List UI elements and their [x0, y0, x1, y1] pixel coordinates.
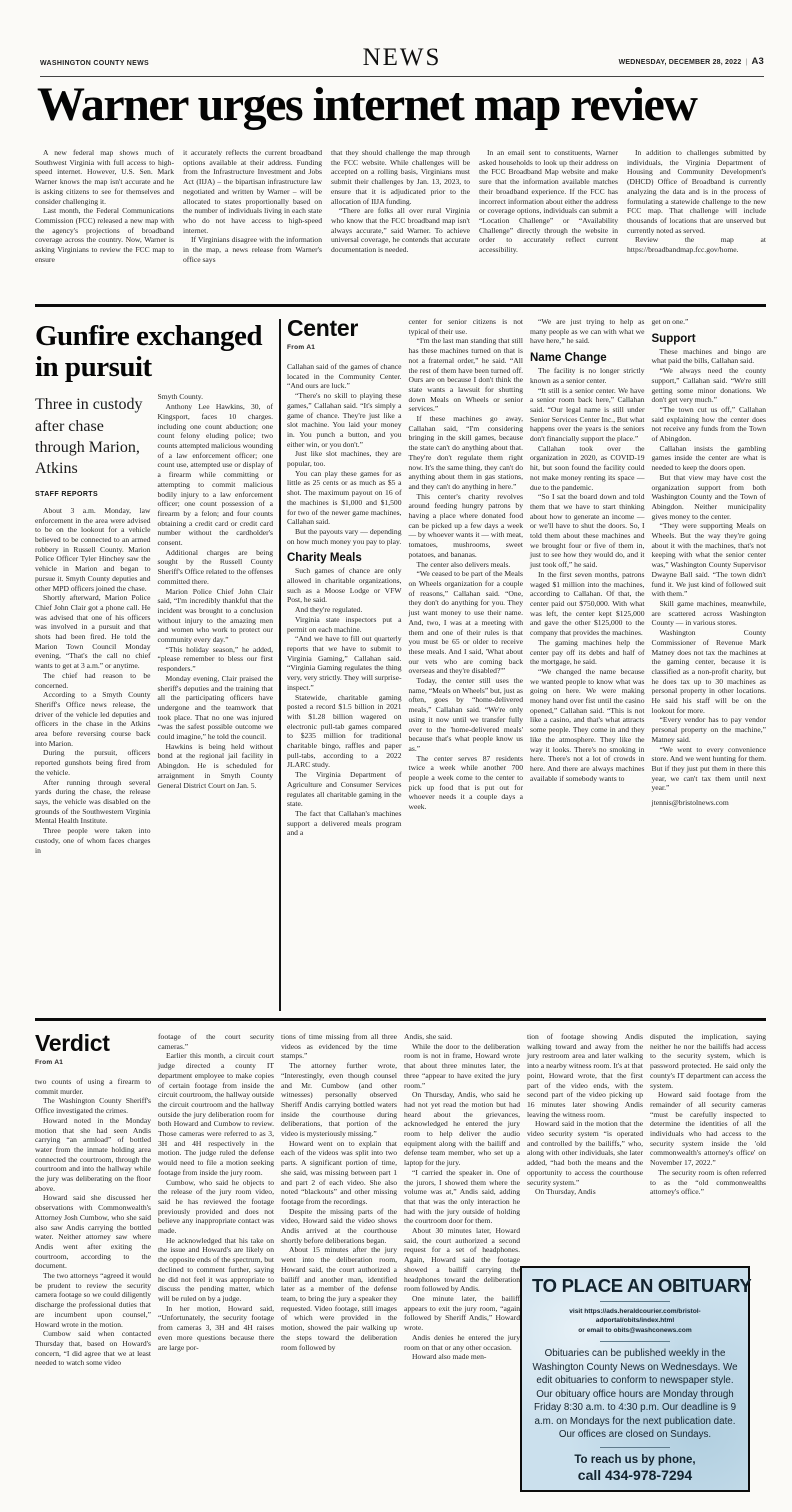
body-paragraph: “So I sat the board down and told them t…	[530, 492, 645, 570]
body-paragraph: About 15 minutes after the jury went int…	[281, 1245, 397, 1352]
body-paragraph: “The town cut us off,” Callahan said exp…	[652, 405, 767, 444]
body-paragraph-continued: center for senior citizens is not typica…	[409, 317, 524, 336]
gunfire-columns: Three in custody after chase through Mar…	[35, 392, 273, 855]
gunfire-headline: Gunfire exchanged in pursuit	[35, 321, 273, 382]
center-column-1-body: Callahan said of the games of chance loc…	[287, 362, 402, 838]
body-paragraph: “This holiday season,” he added, “please…	[158, 645, 274, 674]
body-paragraph: Washington County Commissioner of Revenu…	[652, 628, 767, 715]
body-paragraph: The facility is no longer strictly known…	[530, 366, 645, 385]
column-subhead: Name Change	[530, 352, 645, 364]
lead-column-5: In addition to challenges submitted by i…	[627, 148, 766, 301]
body-paragraph: “And we have to fill out quarterly repor…	[287, 634, 402, 692]
gunfire-column-1: Three in custody after chase through Mar…	[35, 392, 151, 855]
body-paragraph-continued: tion of footage showing Andis walking to…	[527, 1032, 643, 1119]
ad-divider	[600, 1341, 670, 1342]
body-paragraph: In the first seven months, patrons waged…	[530, 570, 645, 638]
body-paragraph: The center serves 87 residents twice a w…	[409, 754, 524, 812]
verdict-column-1: Verdict From A1 two counts of using a fi…	[35, 1032, 151, 1502]
body-paragraph: Last month, the Federal Communications C…	[35, 206, 174, 264]
body-paragraph: The security room is often referred to a…	[650, 1168, 766, 1197]
body-paragraph: Marion Police Chief John Clair said, “I'…	[158, 587, 274, 645]
body-paragraph: The two attorneys “agreed it would be pr…	[35, 1271, 151, 1329]
body-paragraph: About 30 minutes later, Howard said, the…	[404, 1226, 520, 1294]
body-paragraph: “I'm the last man standing that still ha…	[409, 336, 524, 414]
center-column-3: “We are just trying to help as many peop…	[530, 317, 645, 1015]
obituary-ad-url: visit https://ads.heraldcourier.com/bris…	[532, 1307, 738, 1327]
obituary-ad-title: TO PLACE AN OBITUARY	[532, 1277, 738, 1296]
body-paragraph: The Washington County Sheriff's Office i…	[35, 1096, 151, 1115]
center-column-4: get on one.”SupportThese machines and bi…	[652, 317, 767, 1015]
gunfire-byline: STAFF REPORTS	[35, 491, 151, 498]
lead-article: A new federal map shows much of Southwes…	[35, 148, 766, 301]
body-paragraph: “They were supporting Meals on Wheels. B…	[652, 521, 767, 599]
masthead-rule	[40, 76, 764, 77]
body-paragraph: Howard noted in the Monday motion that s…	[35, 1116, 151, 1194]
body-paragraph: Shortly afterward, Marion Police Chief J…	[35, 593, 151, 671]
body-paragraph: This center's charity revolves around fe…	[409, 492, 524, 560]
body-paragraph: “We always need the county support,” Cal…	[652, 366, 767, 405]
body-paragraph: Howard also made men-	[404, 1352, 520, 1362]
center-column-1: Center From A1 Callahan said of the game…	[287, 317, 402, 1015]
body-paragraph: Anthony Lee Hawkins, 30, of Kingsport, f…	[158, 402, 274, 548]
middle-section: Gunfire exchanged in pursuit Three in cu…	[35, 317, 766, 1015]
body-paragraph: Monday evening, Clair praised the sherif…	[158, 674, 274, 742]
verdict-column-4: Andis, she said.While the door to the de…	[404, 1032, 520, 1502]
body-paragraph: Howard said she discussed her observatio…	[35, 1193, 151, 1271]
column-subhead: Charity Meals	[287, 552, 402, 564]
body-paragraph: Despite the missing parts of the video, …	[281, 1207, 397, 1246]
obituary-ad-body: Obituaries can be published weekly in th…	[532, 1347, 738, 1442]
body-paragraph: “We ceased to be part of the Meals on Wh…	[409, 569, 524, 676]
body-paragraph: The attorney further wrote, “Interesting…	[281, 1061, 397, 1139]
body-paragraph: But that view may have cost the organiza…	[652, 473, 767, 522]
body-paragraph: Cumbow said when contacted Thursday that…	[35, 1329, 151, 1368]
body-paragraph: If Virginians disagree with the informat…	[183, 235, 322, 264]
body-paragraph: While the door to the deliberation room …	[404, 1042, 520, 1091]
body-paragraph: Callahan insists the gambling games insi…	[652, 444, 767, 473]
body-paragraph: “I carried the speaker in. One of the ju…	[404, 1168, 520, 1226]
gunfire-article: Gunfire exchanged in pursuit Three in cu…	[35, 317, 273, 1015]
obituary-ad-phone-number: call 434-978-7294	[532, 1467, 738, 1484]
verdict-column-2: footage of the court security cameras.”E…	[158, 1032, 274, 1502]
body-paragraph-continued: Andis, she said.	[404, 1032, 520, 1042]
body-paragraph-continued: Callahan said of the games of chance loc…	[287, 362, 402, 391]
body-paragraph: Just like slot machines, they are popula…	[287, 449, 402, 468]
body-paragraph: The Virginia Department of Agriculture a…	[287, 770, 402, 809]
center-column-2: center for senior citizens is not typica…	[409, 317, 524, 1015]
body-paragraph: Howard said in the motion that the video…	[527, 1119, 643, 1187]
body-paragraph: Today, the center still uses the name, “…	[409, 676, 524, 754]
verdict-column-1-body: two counts of using a firearm to commit …	[35, 1077, 151, 1368]
body-paragraph: In addition to challenges submitted by i…	[627, 148, 766, 235]
gunfire-column-2: Smyth County.Anthony Lee Hawkins, 30, of…	[158, 392, 274, 855]
body-paragraph-continued: tions of time missing from all three vid…	[281, 1032, 397, 1061]
masthead-publication-name: WASHINGTON COUNTY NEWS	[40, 60, 149, 67]
body-paragraph: The chief had reason to be concerned.	[35, 671, 151, 690]
body-paragraph: “We went to every convenience store. And…	[652, 745, 767, 794]
body-paragraph: On Thursday, Andis, who said he had not …	[404, 1090, 520, 1168]
lead-headline: Warner urges internet map review	[37, 80, 766, 130]
body-paragraph-continued: disputed the implication, saying neither…	[650, 1032, 766, 1090]
body-paragraph: One minute later, the bailiff appears to…	[404, 1294, 520, 1333]
section-rule-bottom	[35, 1018, 766, 1021]
body-paragraph-continued: two counts of using a firearm to commit …	[35, 1077, 151, 1096]
body-paragraph-continued: Smyth County.	[158, 392, 274, 402]
center-article: Center From A1 Callahan said of the game…	[287, 317, 766, 1015]
lead-column-2: it accurately reflects the current broad…	[183, 148, 322, 301]
body-paragraph: Three people were taken into custody, on…	[35, 826, 151, 855]
column-subhead: Support	[652, 333, 767, 345]
body-paragraph: A new federal map shows much of Southwes…	[35, 148, 174, 206]
body-paragraph: “We changed the name because we wanted p…	[530, 667, 645, 783]
obituary-ad: TO PLACE AN OBITUARY visit https://ads.h…	[520, 1266, 750, 1492]
verdict-headline: Verdict	[35, 1032, 151, 1055]
lead-column-4: In an email sent to constituents, Warner…	[479, 148, 618, 301]
body-paragraph: “There's no skill to playing these games…	[287, 391, 402, 449]
body-paragraph: “Every vendor has to pay vendor personal…	[652, 715, 767, 744]
body-paragraph: “It still is a senior center. We have a …	[530, 386, 645, 444]
body-paragraph: Skill game machines, meanwhile, are scat…	[652, 599, 767, 628]
center-headline: Center	[287, 317, 402, 340]
body-paragraph: Virginia state inspectors put a permit o…	[287, 615, 402, 634]
center-fromline: From A1	[287, 344, 402, 351]
body-paragraph: Callahan took over the organization in 2…	[530, 444, 645, 493]
body-paragraph-continued: get on one.”	[652, 317, 767, 327]
verdict-fromline: From A1	[35, 1059, 151, 1066]
body-paragraph: After running through several yards duri…	[35, 778, 151, 827]
obituary-ad-phone-lead: To reach us by phone,	[532, 1453, 738, 1467]
body-paragraph: These machines and bingo are what paid t…	[652, 347, 767, 366]
body-paragraph: On Thursday, Andis	[527, 1187, 643, 1197]
body-paragraph: And they're regulated.	[287, 605, 402, 615]
body-paragraph: During the pursuit, officers reported gu…	[35, 748, 151, 777]
body-paragraph: Earlier this month, a circuit court judg…	[158, 1051, 274, 1177]
body-paragraph: He acknowledged that his take on the iss…	[158, 1236, 274, 1304]
body-paragraph: Review the map at https://broadbandmap.f…	[627, 235, 766, 254]
ad-divider	[600, 1301, 670, 1302]
obituary-ad-email: or email to obits@washconews.com	[532, 1326, 738, 1336]
body-paragraph: In an email sent to constituents, Warner…	[479, 148, 618, 255]
body-paragraph: Howard went on to explain that each of t…	[281, 1139, 397, 1207]
newspaper-page: WASHINGTON COUNTY NEWS NEWS WEDNESDAY, D…	[0, 0, 792, 1512]
body-paragraph-continued: that they should challenge the map throu…	[331, 148, 470, 206]
body-paragraph: The fact that Callahan's machines suppor…	[287, 809, 402, 838]
body-paragraph: Hawkins is being held without bond at th…	[158, 742, 274, 791]
body-paragraph: The gaming machines help the center pay …	[530, 638, 645, 667]
body-paragraph: But the payouts vary — depending on how …	[287, 527, 402, 546]
masthead-date: WEDNESDAY, DECEMBER 28, 2022	[619, 59, 742, 66]
ad-divider	[600, 1447, 670, 1448]
body-paragraph: Such games of chance are only allowed in…	[287, 566, 402, 605]
reporter-email: jtennis@bristolnews.com	[652, 798, 767, 808]
body-paragraph: About 3 a.m. Monday, law enforcement in …	[35, 506, 151, 593]
body-paragraph: Cumbow, who said he objects to the relea…	[158, 1178, 274, 1236]
body-paragraph: Andis denies he entered the jury room on…	[404, 1333, 520, 1352]
gunfire-deck: Three in custody after chase through Mar…	[35, 394, 151, 478]
body-paragraph: You can play these games for as little a…	[287, 469, 402, 527]
body-paragraph: Statewide, charitable gaming posted a re…	[287, 693, 402, 771]
body-paragraph: If these machines go away, Callahan said…	[409, 414, 524, 492]
masthead: WASHINGTON COUNTY NEWS NEWS WEDNESDAY, D…	[40, 42, 764, 72]
body-paragraph: According to a Smyth County Sheriff's Of…	[35, 690, 151, 748]
section-rule-top	[35, 304, 766, 307]
lead-column-1: A new federal map shows much of Southwes…	[35, 148, 174, 301]
gunfire-column-1-body: About 3 a.m. Monday, law enforcement in …	[35, 506, 151, 855]
masthead-dateline: WEDNESDAY, DECEMBER 28, 2022 | A3	[619, 56, 764, 67]
body-paragraph: Howard said footage from the remainder o…	[650, 1090, 766, 1168]
masthead-section-title: NEWS	[363, 44, 442, 72]
verdict-column-3: tions of time missing from all three vid…	[281, 1032, 397, 1502]
body-paragraph-continued: it accurately reflects the current broad…	[183, 148, 322, 235]
body-paragraph: Additional charges are being sought by t…	[158, 548, 274, 587]
masthead-separator: |	[745, 59, 747, 66]
body-paragraph: In her motion, Howard said, “Unfortunate…	[158, 1304, 274, 1353]
masthead-page-number: A3	[751, 56, 764, 67]
body-paragraph: “There are folks all over rural Virginia…	[331, 206, 470, 255]
lead-column-3: that they should challenge the map throu…	[331, 148, 470, 301]
body-paragraph: The center also delivers meals.	[409, 560, 524, 570]
body-paragraph-continued: footage of the court security cameras.”	[158, 1032, 274, 1051]
body-paragraph: “We are just trying to help as many peop…	[530, 317, 645, 346]
vertical-rule	[279, 319, 281, 1011]
